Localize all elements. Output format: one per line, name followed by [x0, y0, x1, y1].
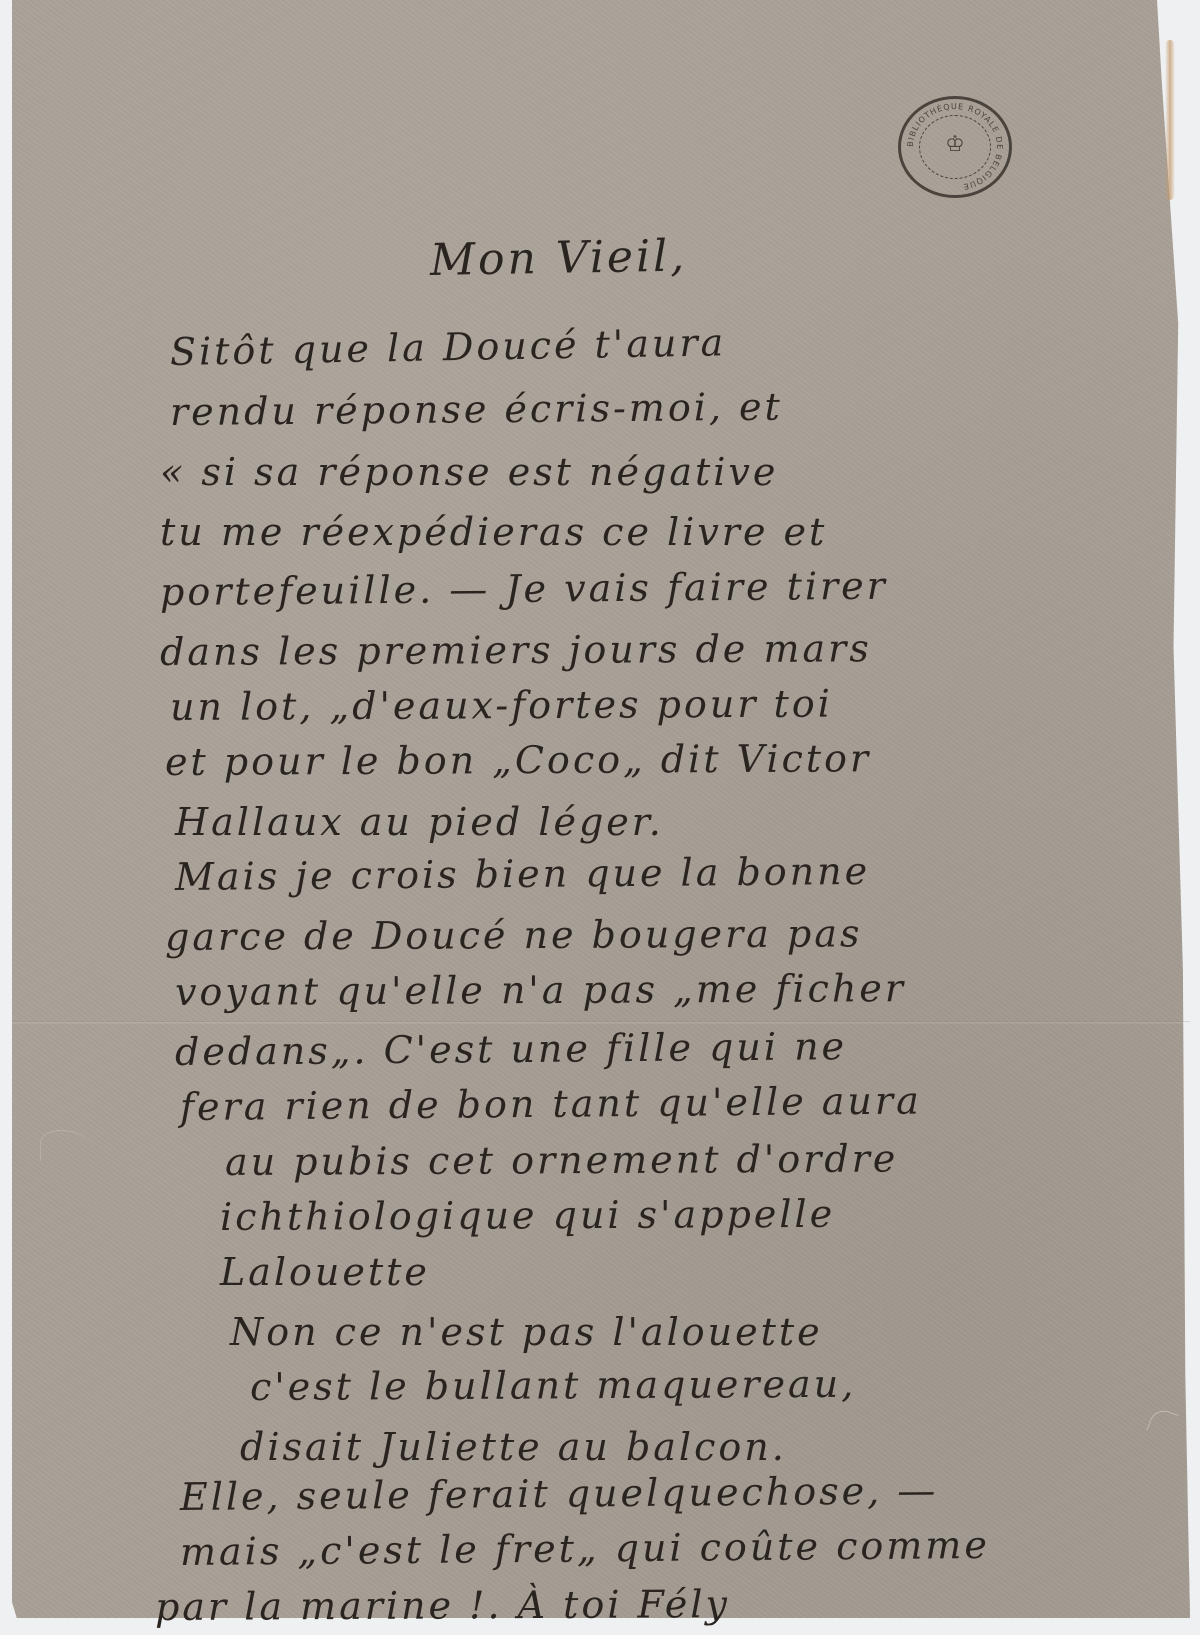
letter-line: « si sa réponse est négative — [160, 450, 778, 494]
letter-line: et pour le bon „Coco„ dit Victor — [165, 736, 871, 784]
library-stamp: BIBLIOTHÈQUE ROYALE DE BELGIQUE ♔ — [898, 96, 1012, 198]
letter-line: dedans„. C'est une fille qui ne — [175, 1024, 847, 1074]
letter-line: Hallaux au pied léger. — [175, 800, 664, 844]
letter-line: c'est le bullant maquereau, — [250, 1362, 856, 1409]
crown-emblem-icon: ♔ — [939, 129, 971, 161]
letter-line: voyant qu'elle n'a pas „me ficher — [175, 966, 906, 1014]
letter-line: rendu réponse écris-moi, et — [170, 385, 783, 434]
letter-line: au pubis cet ornement d'ordre — [225, 1136, 899, 1184]
letter-line: un lot, „d'eaux-fortes pour toi — [170, 682, 833, 729]
letter-line: Elle, seule ferait quelquechose, — — [180, 1468, 939, 1519]
letter-line: dans les premiers jours de mars — [160, 626, 872, 674]
letter-line: Non ce n'est pas l'alouette — [230, 1310, 823, 1354]
torn-edge — [1165, 40, 1175, 200]
letter-line: Lalouette — [220, 1250, 430, 1294]
fold-crease — [12, 1021, 1190, 1024]
letter-line: disait Juliette au balcon. — [240, 1425, 787, 1469]
salutation: Mon Vieil, — [430, 231, 688, 286]
letter-line: Mais je crois bien que la bonne — [175, 849, 870, 899]
letter-line: tu me réexpédieras ce livre et — [160, 510, 827, 554]
letter-line: fera rien de bon tant qu'elle aura — [180, 1079, 922, 1129]
letter-line: mais „c'est le fret„ qui coûte comme — [180, 1523, 990, 1574]
letter-line: portefeuille. — Je vais faire tirer — [160, 564, 888, 614]
letter-line: garce de Doucé ne bougera pas — [165, 911, 863, 959]
letter-line: ichthiologique qui s'appelle — [220, 1192, 835, 1239]
letter-line: par la marine !. À toi Fély — [155, 1582, 730, 1629]
